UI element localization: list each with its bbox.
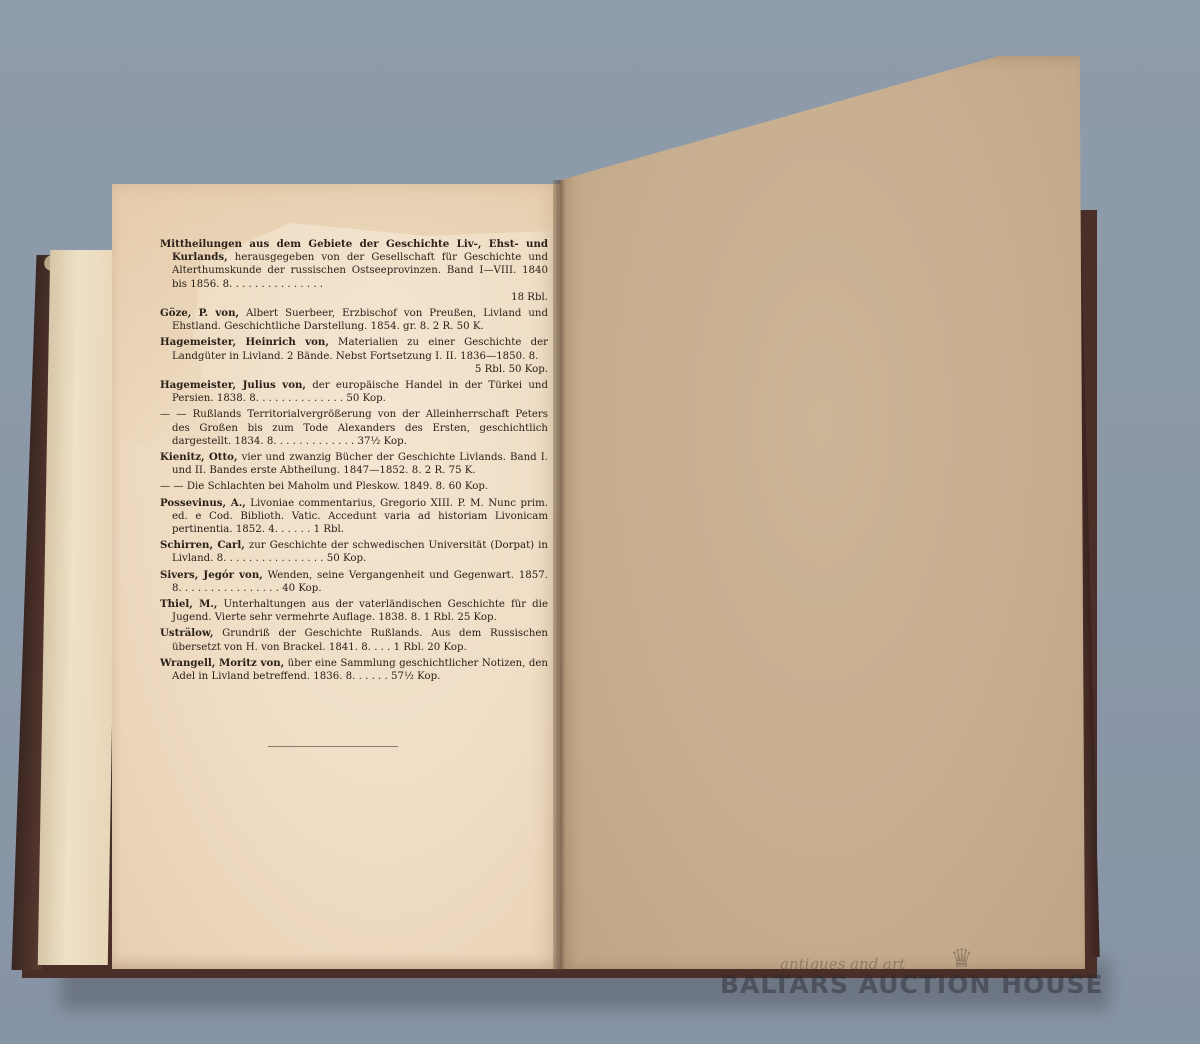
list-item: Thiel, M., Unterhaltungen aus der vaterl… (160, 598, 548, 624)
book-photo-scene: Mittheilungen aus dem Gebiete der Geschi… (0, 0, 1200, 1044)
right-page-blank (560, 56, 1085, 969)
list-item: Usträlow, Grundriß der Geschichte Rußlan… (160, 627, 548, 653)
list-item: Sivers, Jegór von, Wenden, seine Vergang… (160, 569, 548, 595)
list-item: Mittheilungen aus dem Gebiete der Geschi… (160, 238, 548, 304)
list-item: Göze, P. von, Albert Suerbeer, Erzbischo… (160, 307, 548, 333)
list-item: Kienitz, Otto, vier und zwanzig Bücher d… (160, 451, 548, 477)
book-gutter (553, 180, 565, 970)
list-item: Hagemeister, Julius von, der europäische… (160, 379, 548, 405)
list-item: Hagemeister, Heinrich von, Materialien z… (160, 336, 548, 376)
crown-icon: ♛ (950, 946, 980, 972)
bibliography-list: Mittheilungen aus dem Gebiete der Geschi… (160, 238, 548, 686)
page-stack (38, 250, 120, 965)
list-item: Possevinus, A., Livoniae commentarius, G… (160, 497, 548, 537)
list-item: Wrangell, Moritz von, über eine Sammlung… (160, 657, 548, 683)
watermark-title: BALTARS AUCTION HOUSE (720, 970, 1104, 999)
list-item: Schirren, Carl, zur Geschichte der schwe… (160, 539, 548, 565)
list-item: — — Rußlands Territorialvergrößerung von… (160, 408, 548, 448)
list-item: — — Die Schlachten bei Maholm und Plesko… (160, 480, 548, 493)
separator-rule (268, 746, 398, 747)
